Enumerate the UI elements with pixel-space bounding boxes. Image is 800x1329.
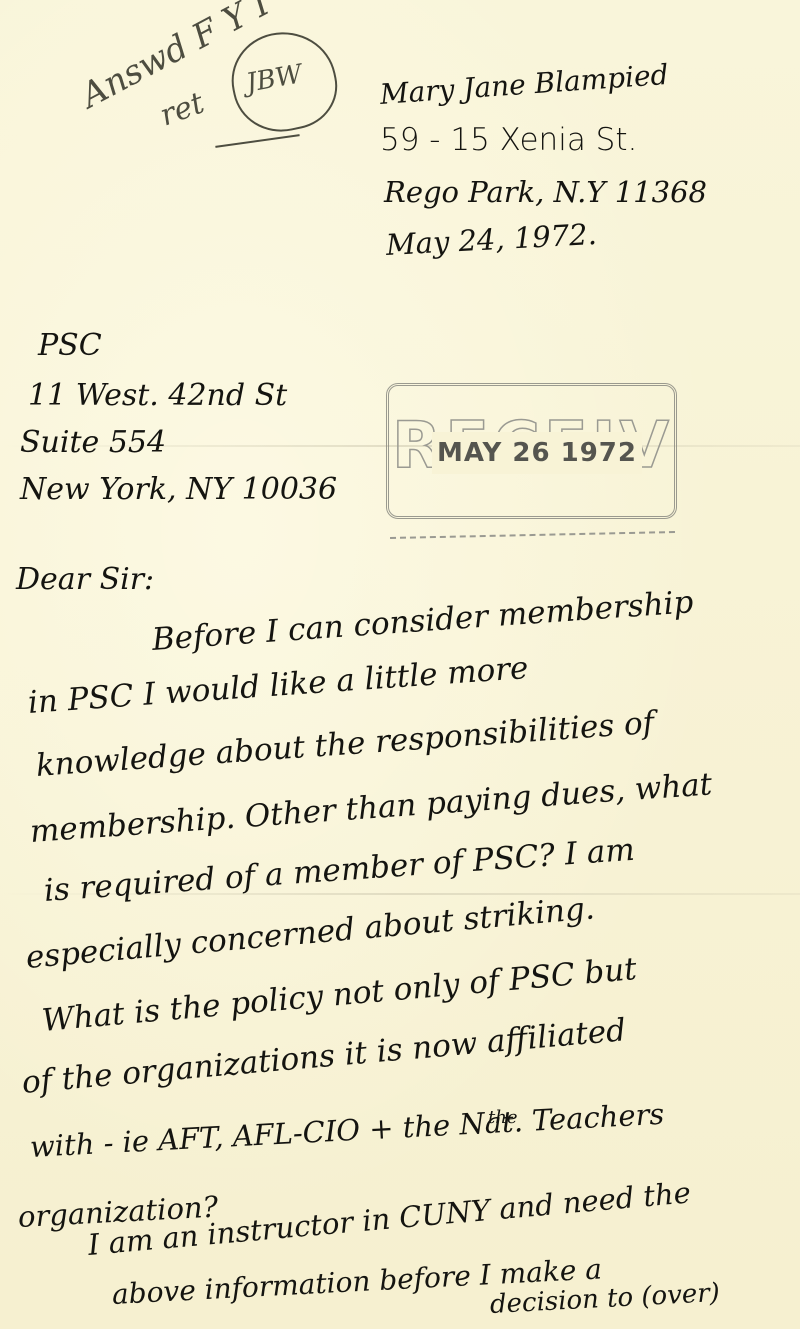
- received-stamp-date: MAY 26 1972: [432, 432, 642, 474]
- recipient-city: New York, NY 10036: [20, 472, 337, 507]
- recipient-street: 11 West. 42nd St: [28, 378, 287, 413]
- salutation: Dear Sir:: [16, 562, 154, 597]
- recipient-org: PSC: [38, 328, 102, 363]
- recipient-suite: Suite 554: [20, 425, 166, 460]
- sender-street: 59 - 15 Xenia St.: [380, 122, 637, 158]
- sender-city: Rego Park, N.Y 11368: [384, 175, 707, 209]
